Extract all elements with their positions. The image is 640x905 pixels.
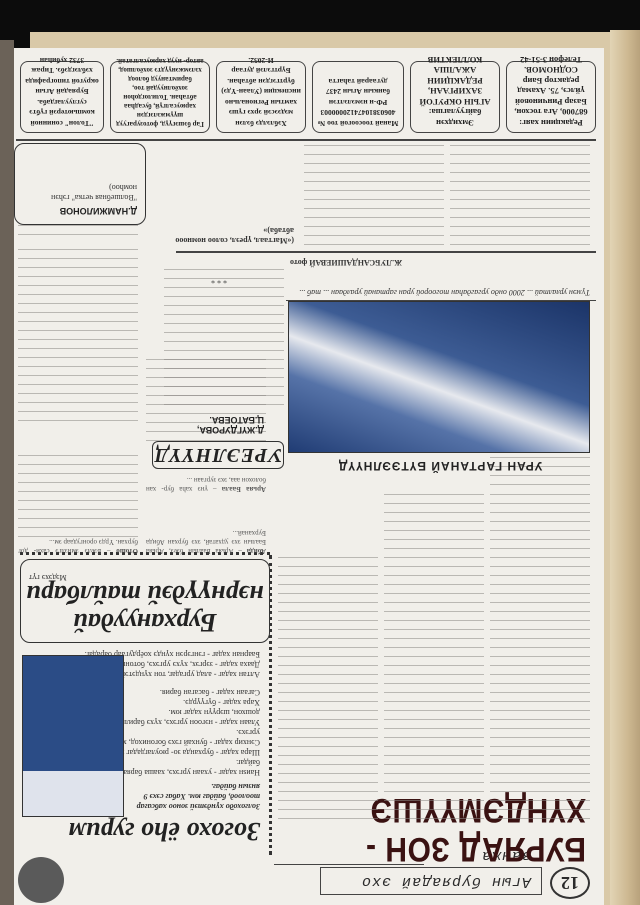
gods-label: Мэдэхэ гүт — [29, 572, 67, 582]
gods-article-title-box: Мэдэхэ гүт Бурхануудай нэрнүүдэй тайлбар… — [20, 559, 270, 643]
gods-title-line1: Бурхануудай — [21, 608, 269, 636]
health-item: Шара хадаг - бурханда зо- рюулагдадаг юм… — [100, 747, 260, 757]
newspaper-page: 12 Агын буряадай эхо занжа БУРЯАД ЗОН - … — [14, 48, 604, 905]
scanner-binder-edge — [0, 40, 14, 905]
gods-entry-otosho: Отошо – Бэелэ эмнэлгэ сахи- дог бурхан. … — [18, 425, 138, 555]
article-column-2 — [384, 489, 484, 819]
health-item: Сэнхир хадаг - бунхай гэхэ богониход, хү… — [100, 727, 260, 747]
gods-article-column-2 — [18, 241, 138, 421]
poem-source: "Волшебная четка" гэһэн номһоо) — [23, 182, 137, 202]
gods-entry-term: Абида — [247, 547, 266, 555]
bottom-article-column-1 — [450, 145, 590, 245]
woman-portrait-photo — [22, 655, 124, 817]
article-column-1 — [490, 489, 590, 819]
crafts-photo-rule — [286, 300, 596, 301]
poem-box: Д.НАМЖИЛОНОВ "Волшебная четка" гэһэн ном… — [14, 143, 146, 225]
health-item: Наиsн хадаг - ухаан ургэхэ, хааша баряад… — [100, 757, 260, 777]
masthead-box-founder: Эмхидхэн байгуулагша: АГЫН ОКРУГОЙ ЗАХИР… — [410, 61, 500, 133]
health-item: Улаан хадаг - нэгоон ургэхэ, хүхэ барилг… — [100, 707, 260, 727]
masthead-box-disclaimer: Гар бэшэгүүд, фотозурагууд шүүмжэлэгдэн … — [110, 61, 210, 133]
crafts-title: УРАН ГАРТАНАЙ БҮТЭЭЛНҮҮД — [290, 459, 590, 473]
bottom-article-column-2 — [304, 145, 444, 245]
health-intro: Золгохо̄до хүндэтэй зоноо хабсагар тооло… — [130, 781, 260, 811]
poem-author: Д.НАМЖИЛОНОВ — [15, 206, 137, 216]
masthead-box-print: "Толон" сонинной компьютерэй гүбтэ суглу… — [20, 61, 104, 133]
health-item: Сагаан хадаг - басаган бария. — [100, 687, 260, 697]
masthead-box-registration: Хэблэлдэ бэлэн мэдээсэй эрхэ гүшэ хамтын… — [216, 61, 306, 133]
gods-entry-term: Отошо — [116, 547, 138, 555]
crafts-photo-credit: Ж.ЛУБСАНДАШИЕВАЙ фото — [290, 257, 590, 267]
page-number: 12 — [550, 867, 590, 899]
health-item: Хара хадаг - бүгүүрдэ. — [100, 697, 260, 707]
paper-stack-edge — [610, 30, 640, 905]
urgal-verse-marker: * * * — [154, 275, 284, 285]
urgal-verses — [164, 265, 284, 405]
urgal-title: УРЕЭЛНҮҮД — [153, 442, 283, 468]
gods-entry-abida: Абида – Арьяа Баалын бэеэ, Арьяа Баалын … — [146, 495, 266, 555]
masthead-box-bank: Манай тоосоогой тоо № 406038104741200000… — [312, 61, 404, 133]
health-article-title: Зогохо ёhо гурим — [20, 817, 260, 845]
article-column-3 — [278, 549, 378, 819]
urgal-author: Д.ЖҮГДУРОВА, Ц.БАТОЕВА. — [154, 415, 264, 435]
newspaper-logo-icon — [18, 857, 64, 903]
urgal-title-box: УРЕЭЛНҮҮД — [152, 441, 284, 469]
section-rule — [176, 251, 596, 253]
urgal-closing: («Магтаал, үреэл, солоо номнооо абтаба)» — [144, 225, 294, 245]
gods-title-line2: нэрнүүдэй тайлбари — [21, 580, 269, 608]
crafts-photo — [288, 301, 590, 453]
section-kicker: Агын буряадай эхо занжа — [320, 867, 542, 895]
masthead-rule — [16, 139, 596, 141]
masthead-box-address: Редакциин хаяг: 687000, Ага тосхон, База… — [506, 61, 596, 133]
gods-entry-term: Арьяа Баала — [222, 485, 266, 493]
crafts-caption: Түмэн урлалтай ... 2000 ондо ургагдаhан … — [290, 287, 590, 297]
health-items: Наиsн хадаг - ухаан ургэхэ, хааша баряад… — [100, 687, 260, 777]
